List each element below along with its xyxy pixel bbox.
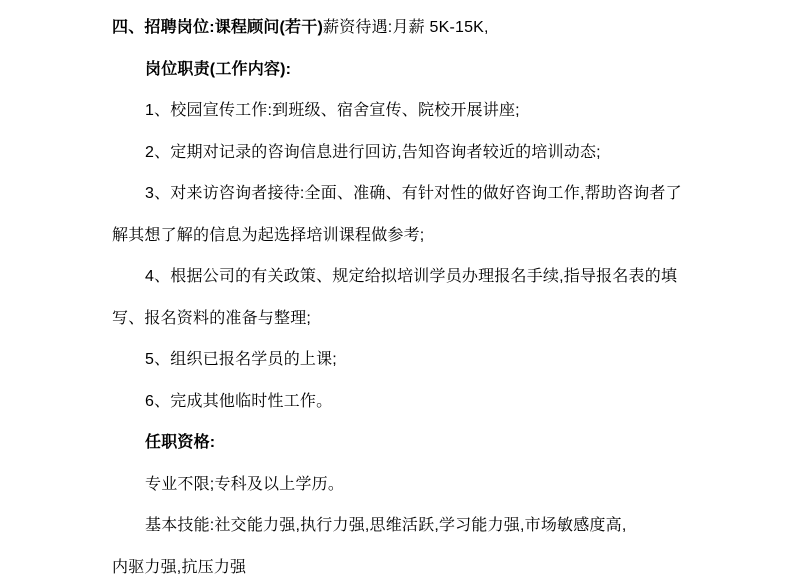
text-run: 专业不限;专科及以上学历。 <box>145 476 344 493</box>
text-run: 解其想了解的信息为起选择培训课程做参考; <box>112 227 424 244</box>
text-run: 内驱力强,抗压力强 <box>112 559 246 576</box>
qualification-education: 专业不限;专科及以上学历。 <box>112 464 752 506</box>
duty-item-3-line-1: 3、对来访咨询者接待:全面、准确、有针对性的做好咨询工作,帮助咨询者了 <box>112 173 752 215</box>
duty-item-4-line-1: 4、根据公司的有关政策、规定给拟培训学员办理报名手续,指导报名表的填 <box>112 256 752 298</box>
text-run: 4、根据公司的有关政策、规定给拟培训学员办理报名手续,指导报名表的填 <box>145 268 677 285</box>
text-run: 写、报名资料的准备与整理; <box>112 310 311 327</box>
document-body: 四、招聘岗位:课程顾问(若干)薪资待遇:月薪 5K-15K,岗位职责(工作内容)… <box>112 0 752 587</box>
text-run: 基本技能:社交能力强,执行力强,思维活跃,学习能力强,市场敏感度高, <box>145 517 626 534</box>
heading-line: 四、招聘岗位:课程顾问(若干)薪资待遇:月薪 5K-15K, <box>112 7 752 49</box>
duty-item-3-line-2: 解其想了解的信息为起选择培训课程做参考; <box>112 215 752 257</box>
text-run: 3、对来访咨询者接待:全面、准确、有针对性的做好咨询工作,帮助咨询者了 <box>145 185 682 202</box>
duty-item-1: 1、校园宣传工作:到班级、宿舍宣传、院校开展讲座; <box>112 90 752 132</box>
text-run: 岗位职责(工作内容): <box>145 61 291 78</box>
text-run: 2、定期对记录的咨询信息进行回访,告知咨询者较近的培训动态; <box>145 144 601 161</box>
text-run: 薪资待遇:月薪 5K-15K, <box>323 19 489 36</box>
text-run: 1、校园宣传工作:到班级、宿舍宣传、院校开展讲座; <box>145 102 520 119</box>
text-run: 任职资格: <box>145 434 215 451</box>
duty-item-2: 2、定期对记录的咨询信息进行回访,告知咨询者较近的培训动态; <box>112 132 752 174</box>
subheading-qualifications: 任职资格: <box>112 422 752 464</box>
qualification-skills-line-1: 基本技能:社交能力强,执行力强,思维活跃,学习能力强,市场敏感度高, <box>112 505 752 547</box>
text-run: 5、组织已报名学员的上课; <box>145 351 337 368</box>
duty-item-6: 6、完成其他临时性工作。 <box>112 381 752 423</box>
document-page: 四、招聘岗位:课程顾问(若干)薪资待遇:月薪 5K-15K,岗位职责(工作内容)… <box>0 0 786 587</box>
subheading-duties: 岗位职责(工作内容): <box>112 49 752 91</box>
text-run: 6、完成其他临时性工作。 <box>145 393 332 410</box>
duty-item-5: 5、组织已报名学员的上课; <box>112 339 752 381</box>
duty-item-4-line-2: 写、报名资料的准备与整理; <box>112 298 752 340</box>
text-run: 四、招聘岗位:课程顾问(若干) <box>112 19 323 36</box>
qualification-skills-line-2: 内驱力强,抗压力强 <box>112 547 752 587</box>
